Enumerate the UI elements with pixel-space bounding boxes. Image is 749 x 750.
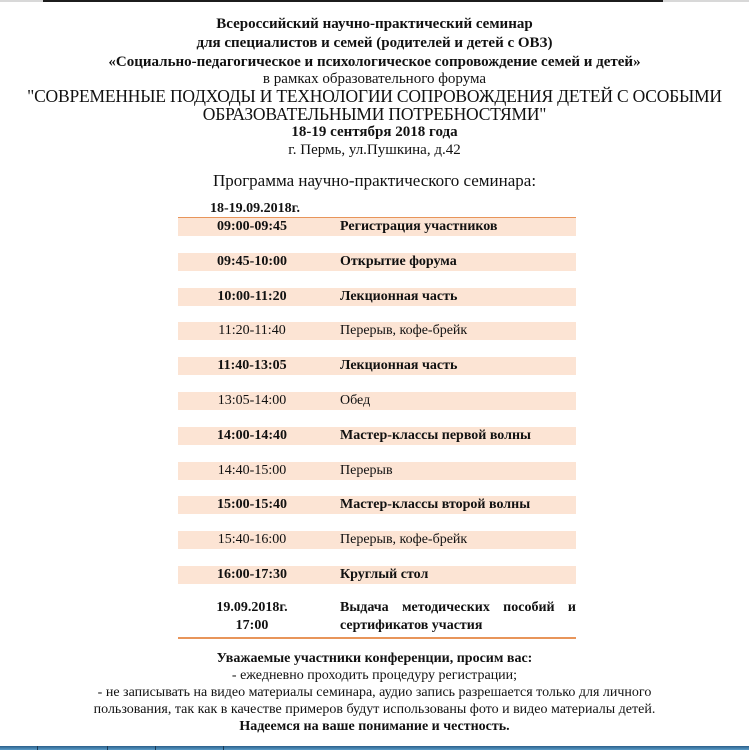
schedule-time: 09:45-10:00	[178, 253, 326, 271]
schedule-row: 16:00-17:30Круглый стол	[178, 566, 576, 584]
taskbar-button[interactable]	[107, 746, 156, 750]
schedule-time: 11:40-13:05	[178, 357, 326, 375]
schedule-row: 09:00-09:45Регистрация участников	[178, 218, 576, 236]
schedule-time: 14:00-14:40	[178, 427, 326, 445]
schedule-time: 15:00-15:40	[178, 496, 326, 514]
program-title: Программа научно-практического семинара:	[0, 171, 749, 191]
schedule-activity: Лекционная часть	[340, 357, 457, 375]
schedule-row: 13:05-14:00Обед	[178, 392, 576, 410]
notice-item-recording-line2: пользования, так как в качестве примеров…	[0, 701, 749, 719]
window-top-border	[0, 0, 749, 2]
notice-heading: Уважаемые участники конференции, просим …	[0, 650, 749, 668]
schedule-activity: Круглый стол	[340, 566, 428, 584]
seminar-audience: для специалистов и семей (родителей и де…	[0, 34, 749, 52]
schedule-activity: Регистрация участников	[340, 218, 497, 236]
schedule-row: 11:40-13:05Лекционная часть	[178, 357, 576, 375]
schedule-activity: Перерыв, кофе-брейк	[340, 322, 467, 340]
schedule-time: 13:05-14:00	[178, 392, 326, 410]
forum-name-line2: ОБРАЗОВАТЕЛЬНЫМИ ПОТРЕБНОСТЯМИ"	[0, 104, 749, 124]
event-dates: 18-19 сентября 2018 года	[0, 123, 749, 141]
notice-item-recording-line1: - не записывать на видео материалы семин…	[0, 684, 749, 702]
schedule-time: 11:20-11:40	[178, 322, 326, 340]
schedule-activity: Мастер-классы второй волны	[340, 496, 530, 514]
schedule-activity: Лекционная часть	[340, 288, 457, 306]
schedule-row: 15:40-16:00Перерыв, кофе-брейк	[178, 531, 576, 549]
program-date-heading: 18-19.09.2018г.	[210, 201, 300, 217]
schedule-row: 14:00-14:40Мастер-классы первой волны	[178, 427, 576, 445]
event-address: г. Пермь, ул.Пушкина, д.42	[0, 141, 749, 159]
seminar-topic: «Социально-педагогическое и психологичес…	[0, 53, 749, 71]
schedule-row: 10:00-11:20Лекционная часть	[178, 288, 576, 306]
taskbar-button[interactable]	[37, 746, 108, 750]
schedule-activity: Перерыв	[340, 462, 393, 480]
schedule-activity: Открытие форума	[340, 253, 457, 271]
schedule-activity: Мастер-классы первой волны	[340, 427, 531, 445]
table-bottom-border	[178, 637, 576, 639]
taskbar-button[interactable]	[223, 746, 280, 750]
schedule-time: 19.09.2018г.17:00	[178, 599, 326, 635]
schedule-time: 14:40-15:00	[178, 462, 326, 480]
schedule-row: 09:45-10:00Открытие форума	[178, 253, 576, 271]
forum-name-line1: "СОВРЕМЕННЫЕ ПОДХОДЫ И ТЕХНОЛОГИИ СОПРОВ…	[0, 86, 749, 106]
schedule-time: 15:40-16:00	[178, 531, 326, 549]
schedule-time: 10:00-11:20	[178, 288, 326, 306]
schedule-activity: Обед	[340, 392, 370, 410]
notice-closing: Надеемся на ваше понимание и честность.	[0, 718, 749, 736]
schedule-row: 11:20-11:40Перерыв, кофе-брейк	[178, 322, 576, 340]
schedule-time: 16:00-17:30	[178, 566, 326, 584]
schedule-activity: Перерыв, кофе-брейк	[340, 531, 467, 549]
schedule-time: 09:00-09:45	[178, 218, 326, 236]
seminar-title: Всероссийский научно-практический семина…	[0, 15, 749, 33]
notice-item-registration: - ежедневно проходить процедуру регистра…	[0, 667, 749, 685]
taskbar-button[interactable]	[155, 746, 224, 750]
schedule-row: 14:40-15:00Перерыв	[178, 462, 576, 480]
schedule-activity: Выдача методических пособий и сертификат…	[340, 599, 576, 635]
schedule-row: 15:00-15:40Мастер-классы второй волны	[178, 496, 576, 514]
taskbar	[0, 746, 749, 750]
